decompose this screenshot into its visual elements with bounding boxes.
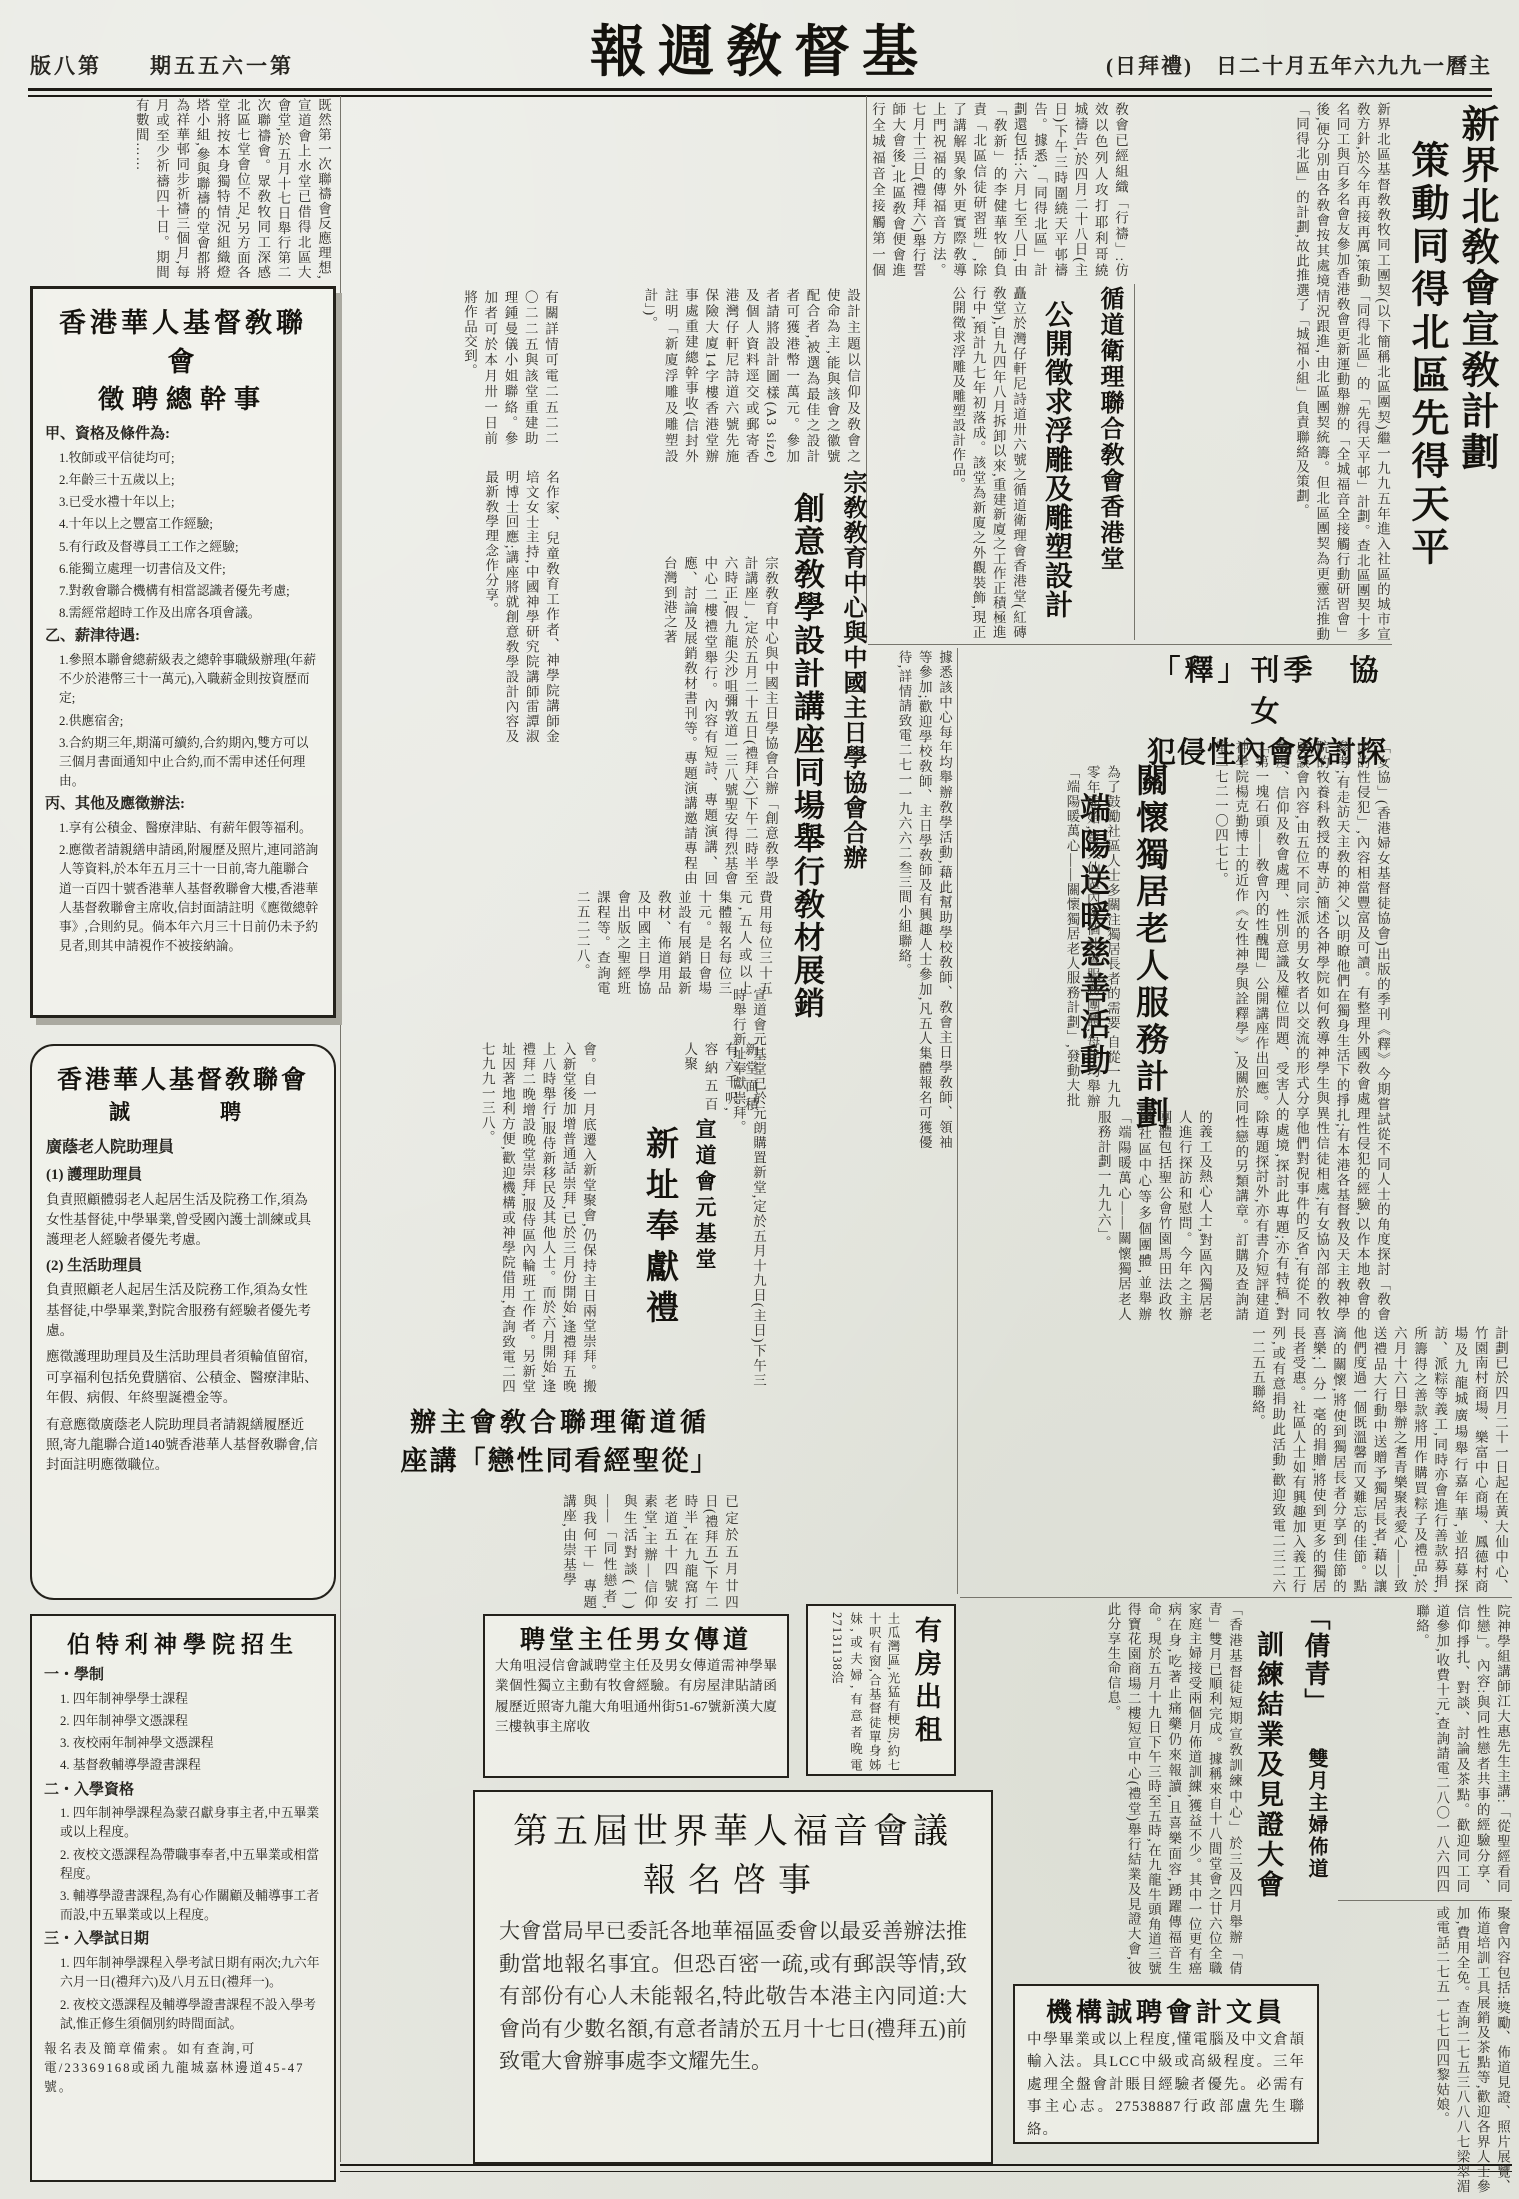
article-creative-headline-2: 創意敎學設計講座同場舉行敎材展銷 — [784, 492, 829, 1032]
ad-congress-title1: 第五屆世界華人福音會議 — [499, 1804, 967, 1854]
ad-bethel-item: 1. 四年制神學課程入學考試日期有兩次;九六年六月一日(禮拜六)及八月五日(禮拜… — [60, 1954, 322, 1992]
article-north-headline-2: 策動同得北區先得天平 — [1399, 140, 1454, 610]
ad-bethel: 伯特利神學院招生 一・學制 1. 四年制神學學士課程 2. 四年制神學文憑課程 … — [30, 1614, 336, 2182]
ad-assistants-sec2-head: (2) 生活助理員 — [46, 1255, 320, 1278]
article-homosexuality-body: 已定於五月廿四日(禮拜五)下午二時半,在九龍窩打老道五十四號安素堂,主辦—信仰與… — [380, 1494, 740, 1610]
ad-gs-item: 2.供應宿舍; — [59, 712, 321, 731]
ad-bethel-item: 3. 夜校兩年制神學文憑課程 — [60, 1734, 322, 1753]
article-homosexuality-headline: 辦主會敎合聯理衛道循 座講「戀性同看經聖從」 — [380, 1402, 740, 1494]
ad-bethel-item: 1. 四年制神學課程為蒙召獻身事主者,中五畢業或以上程度。 — [60, 1804, 322, 1842]
ad-gs-section-c-head: 丙、其他及應徵辦法: — [45, 794, 321, 816]
ad-room-title: 有房出租 — [907, 1616, 946, 1768]
issue-date: (日拜禮) 日二十月五年六九九一曆主 — [980, 50, 1492, 80]
article-relief-body: 矗立於灣仔軒尼詩道卅六號之循道衛理會香港堂(紅磚敎堂),自九四年八月拆卸以來,重… — [874, 286, 1028, 640]
ad-bethel-s1-head: 一・學制 — [44, 1665, 322, 1687]
ad-pastor: 聘堂主任男女傳道 大角咀浸信會誠聘堂主任及男女傳道需神學畢業個性獨立主動有牧會經… — [483, 1614, 789, 1778]
article-homosexuality-headline-line1: 辦主會敎合聯理衛道循 — [380, 1402, 740, 1439]
article-creative-body: 宗敎敎育中心與中國主日學協會合辦「創意敎學設計講座」,定於五月二十五日(禮拜六)… — [566, 556, 780, 886]
ad-gs-item: 4.十年以上之豐富工作經驗; — [59, 515, 321, 534]
ad-gs-item: 1.享有公積金、醫療津貼、有薪年假等福利。 — [59, 819, 321, 838]
section-rule — [960, 1597, 1512, 1598]
ad-bethel-item: 1. 四年制神學學士課程 — [60, 1690, 322, 1709]
ad-gs-item: 1.牧師或平信徒均可; — [59, 449, 321, 468]
article-quarterly-headline: 「釋」刊季 協女 犯侵性內會敎討探 — [1142, 648, 1392, 736]
ad-bethel-footer: 報名表及簡章備索。如有查詢,可電/23369168或函九龍城嘉林邊道45-47號… — [44, 2040, 322, 2098]
ad-gs-item: 3.合約期三年,期滿可續約,合約期內,雙方可以三個月書面通知中止合約,而不需申述… — [59, 734, 321, 792]
article-dedication-body: 會。自一月底遷入新堂聚會,仍保持主日兩堂崇拜。搬入新堂後加增普通話崇拜,已於三月… — [400, 1042, 598, 1394]
ad-gs-item: 6.能獨立處理一切書信及文件; — [59, 560, 321, 579]
newspaper-page: 版八第 期五五六一第 報週敎督基 (日拜禮) 日二十月五年六九九一曆主 新界北敎… — [0, 0, 1519, 2199]
ad-assistants-sec2-body: 負責照顧老人起居生活及院務工作,須為女性基督徒,中學畢業,對院舍服務有經驗者優先… — [46, 1280, 320, 1341]
ad-pastor-title: 聘堂主任男女傳道 — [495, 1620, 777, 1656]
article-north-body: 新界北區基督敎敎牧同工團契(以下簡稱北區團契)繼一九九五年進入社區的城市宣敎方針… — [1140, 102, 1392, 642]
ad-room-body: 土瓜灣區,光猛有梗房,約七十呎有窗,合基督徒單身姊妹,或夫婦,有意者晚電2713… — [810, 1612, 902, 1772]
ad-bethel-item: 2. 夜校文憑課程及輔導學證書課程不設入學考試,惟正修生須個別約時間面試。 — [60, 1996, 322, 2034]
article-elderly-body-3: 計劃已於四月二十一日起在黃大仙中心、竹園南村商場、樂富中心商場、鳳德村商場及九龍… — [962, 1326, 1510, 1594]
ad-accounting-body: 中學畢業或以上程度,懂電腦及中文倉頡輸入法。具LCC中級或高級程度。三年處理全盤… — [1027, 2029, 1305, 2141]
column-rule — [957, 648, 958, 1594]
article-homosexuality-headline-line2: 座講「戀性同看經聖從」 — [380, 1439, 740, 1478]
ad-gs-item: 2.年齡三十五歲以上; — [59, 471, 321, 490]
article-relief-body-2: 設計主題以信仰及敎會之使命為主,能與該會之徽號配合者,被選為最佳之設計者可獲港幣… — [566, 288, 862, 464]
ad-room: 有房出租 土瓜灣區,光猛有梗房,約七十呎有窗,合基督徒單身姊妹,或夫婦,有意者晚… — [806, 1604, 956, 1776]
column-rule — [1134, 284, 1135, 640]
ad-bethel-item: 2. 四年制神學文憑課程 — [60, 1712, 322, 1731]
ad-gs-item: 1.參照本聯會總薪級表之總幹事職級辦理(年薪不少於港幣三十一萬元),入職薪金則按… — [59, 651, 321, 709]
bottom-rule — [340, 2164, 1512, 2172]
article-relief-headline-2: 公開徵求浮雕及雕塑設計 — [1036, 300, 1076, 645]
ad-assistants-title1: 香港華人基督敎聯會 — [46, 1060, 320, 1096]
ad-gs-item: 2.應徵者請親繕申請函,附履歷及照片,連同諮詢人等資料,於本年五月三十一日前,寄… — [59, 841, 321, 956]
ad-congress-body: 大會當局早已委託各地華福區委會以最妥善辦法推動當地報名事宜。但恐百密一疏,或有郵… — [499, 1915, 967, 2078]
article-north-headline-1: 新界北敎會宣敎計劃 — [1449, 104, 1504, 524]
ad-accounting-title: 機構誠聘會計文員 — [1027, 1992, 1305, 2029]
ad-gs-item: 7.對敎會聯合機構有相當認識者優先考慮; — [59, 582, 321, 601]
ad-gs-item: 5.有行政及督導員工工作之經驗; — [59, 538, 321, 557]
article-sisters-headline-1b: 雙月主婦佈道 — [1302, 1748, 1331, 1893]
ad-bethel-item: 3. 輔導學證書課程,為有心作關顧及輔導事工者而設,中五畢業或以上程度。 — [60, 1887, 322, 1925]
ad-assistants-sec1-head: (1) 護理助理員 — [46, 1164, 320, 1187]
page-number-issue: 版八第 期五五六一第 — [30, 50, 340, 80]
masthead-title: 報週敎督基 — [520, 8, 1000, 88]
ad-assistants: 香港華人基督敎聯會 誠 聘 廣蔭老人院助理員 (1) 護理助理員 負責照顧體弱老… — [30, 1044, 336, 1600]
ad-bethel-title: 伯特利神學院招生 — [44, 1626, 322, 1659]
ad-assistants-note2: 有意應徵廣蔭老人院助理員者請親繕履歷近照,寄九龍聯合道140號香港華人基督敎聯會… — [46, 1415, 320, 1476]
ad-bethel-s3-head: 三・入學試日期 — [44, 1929, 322, 1951]
masthead-rule — [28, 88, 1492, 97]
ad-assistants-title2: 誠 聘 — [46, 1096, 320, 1126]
ad-congress: 第五屆世界華人福音會議 報名啓事 大會當局早已委託各地華福區委會以最妥善辦法推動… — [473, 1790, 993, 2164]
article-north-body-3: 既然第一次聯禱會反應理想,宣道會上水堂已借得北區大會堂,於五月十七日舉行第二次聯… — [30, 98, 333, 280]
article-elderly-body-2: 的義工及熱心人士,對區內獨居老人進行探訪和慰問。今年之主辦團體包括聖公會竹園馬田… — [962, 1110, 1214, 1322]
ad-gs-section-b-head: 乙、薪津待遇: — [45, 626, 321, 648]
ad-general-secretary-title2: 徵聘總幹事 — [45, 379, 321, 416]
ad-bethel-item: 4. 基督敎輔導學證書課程 — [60, 1756, 322, 1775]
article-creative-tail: 名作家、兒童敎育工作者、神學院講師金培文女士主持,中國神學研究院講師雷譚淑明博士… — [395, 470, 561, 744]
ad-bethel-item: 2. 夜校文憑課程為帶職事奉者,中五畢業或相當程度。 — [60, 1846, 322, 1884]
article-north-body-2: 敎會已經組織「行禱」:仿效以色列人攻打耶利哥繞城禱告,於四月二十八日(主日)下午… — [872, 102, 1130, 278]
section-rule — [868, 644, 1392, 645]
article-sisters-body: 「香港基督徒短期宣敎訓練中心」於三及四月舉辦「倩青」雙月已順利完成。據稱來自十八… — [1020, 1602, 1244, 1976]
article-relief-headline-1: 循道衛理聯合敎會香港堂 — [1092, 286, 1127, 616]
article-quarterly-headline-line1: 「釋」刊季 協女 — [1142, 648, 1392, 730]
ad-accounting: 機構誠聘會計文員 中學畢業或以上程度,懂電腦及中文倉頡輸入法。具LCC中級或高級… — [1013, 1984, 1319, 2144]
article-dedication-top: 新堂面積有六千呎,容納五百人聚 — [602, 1042, 760, 1112]
article-dedication-headline-1: 宣道會元基堂 — [690, 1118, 720, 1318]
ad-gs-item: 3.已受水禮十年以上; — [59, 493, 321, 512]
ad-congress-title2: 報名啓事 — [499, 1854, 967, 1901]
section-rule — [1338, 1900, 1512, 1901]
article-relief-tail: 有關詳情可電二五二二〇二二五與該堂重建助理鍾曼儀小姐聯絡。參加者可於本月卅一日前… — [424, 290, 560, 446]
ad-general-secretary-title1: 香港華人基督敎聯會 — [45, 301, 321, 379]
ad-gs-item: 8.需經常超時工作及出席各項會議。 — [59, 604, 321, 623]
article-homosexuality-tail: 院神學組講師江大惠先生主講:「從聖經看同性戀」。內容:與同性戀者共事的經驗分享、… — [1340, 1604, 1512, 1894]
article-creative-body-extra: 據悉該中心每年均舉辦敎學活動,藉此幫助學校敎師、敎會主日學敎師、領袖等參加;歡迎… — [848, 650, 954, 1150]
ad-assistants-note1: 應徵護理助理員及生活助理員者須輪值留宿,可享福利包括免費膳宿、公積金、醫療津貼、… — [46, 1347, 320, 1408]
ad-general-secretary: 香港華人基督敎聯會 徵聘總幹事 甲、資格及條件為: 1.牧師或平信徒均可; 2.… — [30, 286, 336, 1018]
article-dedication-headline-2: 新址奉獻禮 — [636, 1126, 683, 1356]
ad-assistants-sec1-body: 負責照顧體弱老人起居生活及院務工作,須為女性基督徒,中學畢業,曾受國內護士訓練或… — [46, 1190, 320, 1251]
ad-pastor-body: 大角咀浸信會誠聘堂主任及男女傳道需神學畢業個性獨立主動有牧會經驗。有房屋津貼請函… — [495, 1656, 777, 1738]
ad-gs-section-a-head: 甲、資格及條件為: — [45, 424, 321, 446]
ad-assistants-subtitle: 廣蔭老人院助理員 — [46, 1136, 320, 1160]
article-elderly-headline-1: 關懷獨居老人服務計劃 — [1126, 763, 1173, 1163]
article-sisters-headline-2: 訓練結業及見證大會 — [1249, 1630, 1288, 1900]
column-rule — [340, 96, 341, 2162]
article-sisters-headline-1a: 「倩青」 — [1297, 1604, 1334, 1744]
article-creative-body-2: 費用每位三十五元,五人或以上集體報名每位三十元。是日會場並設有展銷最新敎材、佈道… — [488, 890, 774, 996]
ad-bethel-s2-head: 二・入學資格 — [44, 1780, 322, 1802]
article-elderly-body: 為了鼓勵社區人士多關注獨居長者的需要,自從一九九零年開始,黃大仙區內多個社會服務… — [962, 765, 1122, 1109]
article-sisters-body-2: 聚會內容包括:獎勵、佈道見證、照片展覽、佈道培訓工具展銷及茶點等,歡迎各界人士參… — [1340, 1906, 1512, 2194]
